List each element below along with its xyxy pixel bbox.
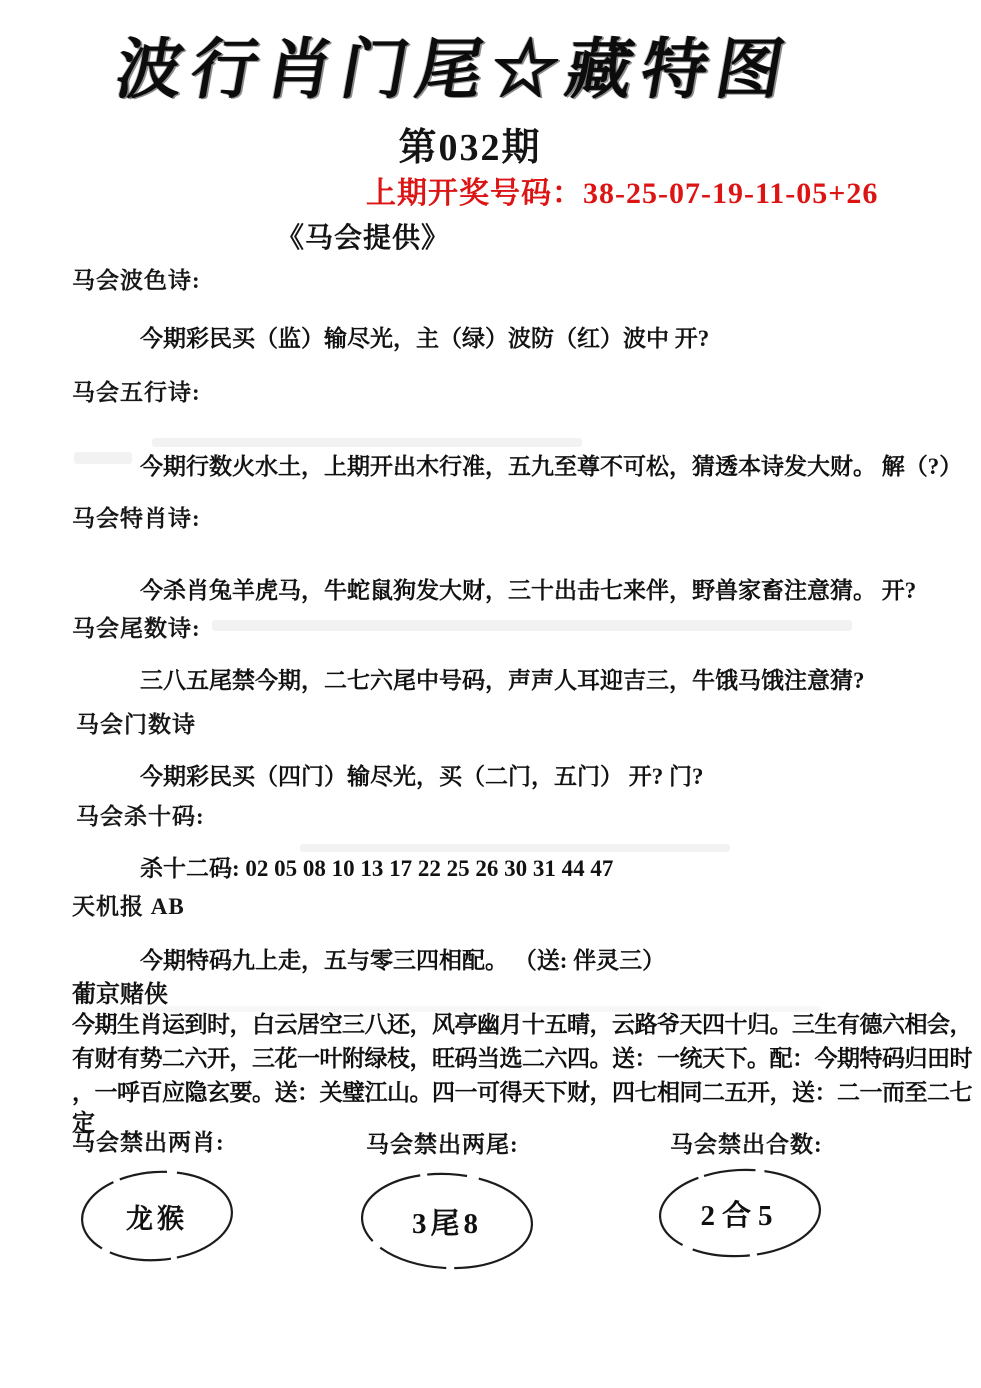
verse-weishu: 三八五尾禁今期，二七六尾中号码，声声人耳迎吉三，牛饿马饿注意猜? xyxy=(140,662,865,695)
section-label-shashima: 马会杀十码: xyxy=(76,798,205,831)
kill-codes-line: 杀十二码: 02 05 08 10 13 17 22 25 26 30 31 4… xyxy=(140,850,613,883)
pujing-line-2: 有财有势二六开，三花一叶附绿枝，旺码当选二六四。送：一统天下。配：今期特码归田时 xyxy=(72,1040,932,1073)
verse-texiao: 今杀肖兔羊虎马，牛蛇鼠狗发大财，三十出击七来伴，野兽家畜注意猜。 开? xyxy=(140,572,916,605)
verse-tianji: 今期特码九上走，五与零三四相配。 （送: 伴灵三） xyxy=(140,942,665,975)
section-label-texiao: 马会特肖诗: xyxy=(72,500,201,533)
section-label-weishu: 马会尾数诗: xyxy=(72,610,201,643)
forbidden-tails-oval: 3尾8 xyxy=(358,1170,536,1272)
forbidden-sum-oval: 2合5 xyxy=(656,1166,824,1260)
section-label-menshu: 马会门数诗 xyxy=(76,706,196,739)
forbidden-sum-label: 马会禁出合数: xyxy=(670,1126,823,1159)
forbidden-tails-value: 3尾8 xyxy=(412,1201,482,1242)
section-label-bose: 马会波色诗: xyxy=(72,262,201,295)
verse-menshu: 今期彩民买（四门）输尽光，买（二门，五门） 开? 门? xyxy=(140,758,704,791)
provider-line: 《马会提供》 xyxy=(276,216,450,256)
pujing-label: 葡京赌侠 xyxy=(72,974,168,1009)
tip-sheet-page: 波行肖门尾☆藏特图 第032期 上期开奖号码：38-25-07-19-11-05… xyxy=(0,0,981,1388)
pujing-line-3: ，一呼百应隐玄要。送：关璧江山。四一可得天下财，四七相同二五开，送：二一而至二七 xyxy=(72,1074,932,1107)
last-draw-numbers: 上期开奖号码：38-25-07-19-11-05+26 xyxy=(366,168,878,212)
forbidden-tails-label: 马会禁出两尾: xyxy=(366,1126,519,1159)
scan-smudge xyxy=(152,438,582,447)
forbidden-zodiac-value: 龙猴 xyxy=(126,1197,188,1236)
section-label-wuxing: 马会五行诗: xyxy=(72,374,201,407)
page-title: 波行肖门尾☆藏特图 xyxy=(110,16,847,111)
verse-bose: 今期彩民买（监）输尽光，主（绿）波防（红）波中 开? xyxy=(140,320,709,353)
scan-smudge xyxy=(74,452,132,464)
scan-smudge xyxy=(212,620,852,631)
forbidden-zodiac-oval: 龙猴 xyxy=(78,1168,236,1264)
pujing-line-1: 今期生肖运到时，白云居空三八还，风亭幽月十五晴，云路爷天四十归。三生有德六相会， xyxy=(72,1006,932,1039)
forbidden-sum-value: 2合5 xyxy=(700,1193,779,1234)
issue-number: 第032期 xyxy=(130,116,810,171)
verse-wuxing: 今期行数火水土，上期开出木行准，五九至尊不可松，猜透本诗发大财。 解（?） xyxy=(140,448,962,481)
section-label-tianji: 天机报 AB xyxy=(72,888,185,921)
forbidden-zodiac-label: 马会禁出两肖: xyxy=(72,1124,225,1157)
